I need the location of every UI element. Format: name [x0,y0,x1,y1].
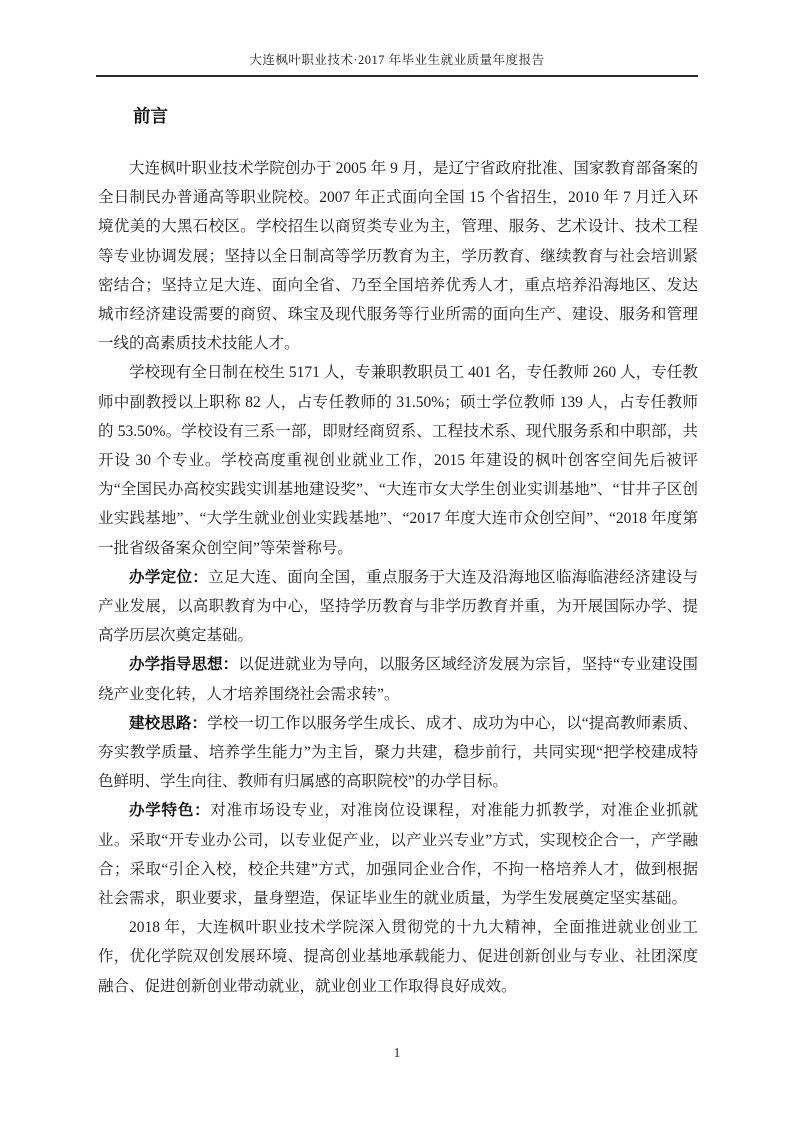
paragraph: 办学特色：对准市场设专业，对准岗位设课程，对准能力抓教学，对准企业抓就业。采取“… [98,796,698,913]
paragraph: 大连枫叶职业技术学院创办于 2005 年 9 月，是辽宁省政府批准、国家教育部备… [98,154,698,358]
document-page: 大连枫叶职业技术·2017 年毕业生就业质量年度报告 前言 大连枫叶职业技术学院… [0,0,794,1123]
paragraph-lead: 办学指导思想： [129,656,238,673]
paragraph-lead: 办学特色： [129,802,210,819]
document-body: 前言 大连枫叶职业技术学院创办于 2005 年 9 月，是辽宁省政府批准、国家教… [98,104,698,1001]
section-heading: 前言 [98,104,698,128]
paragraph: 2018 年，大连枫叶职业技术学院深入贯彻党的十九大精神，全面推进就业创业工作，… [98,913,698,1001]
page-footer: 1 [0,1044,794,1062]
paragraph-text: 学校现有全日制在校生 5171 人，专兼职教职员工 401 名，专任教师 260… [98,364,698,556]
paragraph-text: 2018 年，大连枫叶职业技术学院深入贯彻党的十九大精神，全面推进就业创业工作，… [98,919,698,994]
paragraph: 办学指导思想：以促进就业为导向，以服务区域经济发展为宗旨，坚持“专业建设围绕产业… [98,650,698,708]
paragraph: 学校现有全日制在校生 5171 人，专兼职教职员工 401 名，专任教师 260… [98,358,698,562]
paragraph-lead: 建校思路： [129,715,207,732]
paragraph: 建校思路：学校一切工作以服务学生成长、成才、成功为中心，以“提高教师素质、夯实教… [98,709,698,797]
paragraph: 办学定位：立足大连、面向全国，重点服务于大连及沿海地区临海临港经济建设与产业发展… [98,563,698,651]
page-number: 1 [394,1045,401,1060]
header-title: 大连枫叶职业技术·2017 年毕业生就业质量年度报告 [96,50,698,68]
page-header: 大连枫叶职业技术·2017 年毕业生就业质量年度报告 [96,50,698,77]
paragraph-text: 大连枫叶职业技术学院创办于 2005 年 9 月，是辽宁省政府批准、国家教育部备… [98,160,698,352]
paragraph-lead: 办学定位： [129,569,208,586]
